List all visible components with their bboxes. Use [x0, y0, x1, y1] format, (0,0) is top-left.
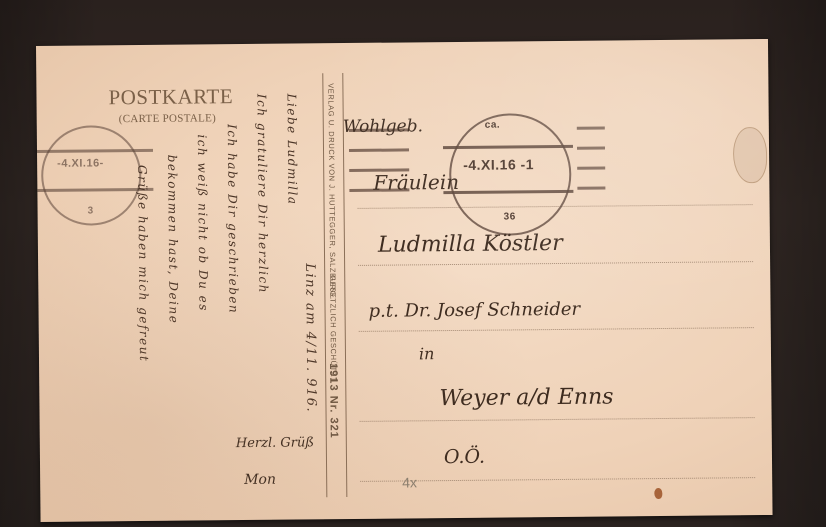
signature-name: Mon	[244, 472, 276, 488]
cancel-bar	[577, 147, 605, 150]
address-town: Weyer a/d Enns	[439, 384, 613, 411]
address-name: Ludmilla Köstler	[378, 231, 563, 258]
postcard: POSTKARTE (CARTE POSTALE) VERLAG U. DRUC…	[36, 39, 773, 522]
address-line-5	[360, 477, 755, 482]
address-title: Fräulein	[373, 170, 459, 195]
cancel-bar	[349, 148, 409, 152]
postmark-left-date: -4.XI.16-	[57, 157, 104, 169]
address-region: O.Ö.	[444, 446, 485, 468]
message-line: bekommen hast, Deine	[165, 155, 181, 325]
cancel-bar	[577, 167, 605, 170]
postmark-left-bottom: 3	[88, 205, 94, 216]
message-line: Grüße haben mich gefreut	[135, 165, 151, 362]
message-line: Ich gratuliere Dir herzlich	[254, 94, 270, 294]
address-line-2	[358, 261, 753, 266]
cancel-bar	[577, 187, 605, 190]
ink-spot	[654, 488, 662, 499]
address-line-4	[360, 417, 755, 422]
message-line: ich weiß nicht ob Du es	[195, 134, 211, 312]
postmark-bottom-text: 36	[504, 211, 516, 222]
signature-greeting: Herzl. Grüß	[236, 435, 314, 451]
address-line-3	[359, 327, 754, 332]
address-care-of: p.t. Dr. Josef Schneider	[368, 299, 580, 322]
cancel-bar	[577, 127, 605, 130]
stamp-remnant-stain	[733, 127, 768, 183]
message-line: Liebe Ludmilla	[284, 93, 299, 205]
postcard-title: POSTKARTE	[108, 84, 233, 110]
address-preposition: in	[419, 344, 435, 363]
address-salutation: Wohlgeb.	[343, 116, 423, 137]
postmark-date: -4.XI.16 -1	[463, 156, 534, 173]
postcard-subtitle: (CARTE POSTALE)	[119, 112, 216, 125]
publisher-imprint: VERLAG U. DRUCK VON J. HUTTEGGER, SALZBU…	[326, 83, 337, 300]
message-date: Linz am 4/11. 916.	[302, 263, 318, 413]
pencil-note: 4x	[402, 474, 417, 490]
message-line: Ich habe Dir geschrieben	[225, 124, 241, 314]
form-number: 1913 Nr. 321	[327, 363, 340, 439]
postmark-top-text: ca.	[485, 120, 501, 131]
